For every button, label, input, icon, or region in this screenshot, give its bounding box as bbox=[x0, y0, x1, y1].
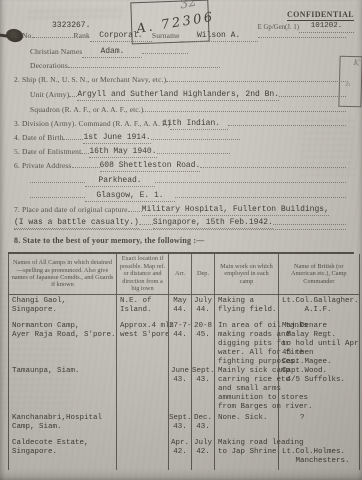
capture-value-2: Singapore, 15th Feb.1942. bbox=[153, 218, 273, 227]
table-row-2-work: In area of oil tanks making roads and di… bbox=[214, 320, 278, 365]
column-header-camps: Names of All Camps in which detained—spe… bbox=[8, 254, 116, 295]
dotted-leader bbox=[258, 29, 346, 38]
form-line-squadron: Squadron (R. A. F., or A. A. F., etc.) bbox=[30, 103, 346, 114]
table-row-4-dep: Dec. 43. bbox=[191, 412, 214, 437]
form-line-no-rank-surname: 1. No.RankCorporal.SurnameWilson A. bbox=[14, 29, 346, 40]
table-row-1-location: N.E. of Island. bbox=[116, 295, 168, 320]
capture-note: (I was a battle casualty.) bbox=[14, 218, 139, 227]
dotted-leader: Parkhead. bbox=[85, 178, 155, 187]
table-row-4-arr: Sept. 43. bbox=[168, 412, 191, 437]
dotted-leader bbox=[151, 131, 240, 140]
division-value: 11th Indian. bbox=[162, 119, 220, 128]
bleedthrough-smudge bbox=[300, 120, 355, 180]
table-row-3-commander: Capt.Wood. 4/5 Suffolks. bbox=[278, 365, 360, 412]
address-line2-value: Parkhead. bbox=[98, 176, 141, 185]
confidential-label: CONFIDENTIAL bbox=[287, 10, 354, 21]
dotted-leader bbox=[128, 203, 142, 212]
form-line-private-address: 6. Private Address608 Shettleston Road. bbox=[14, 159, 346, 170]
dotted-leader bbox=[68, 59, 220, 68]
dotted-leader: Glasgow, E. 1. bbox=[85, 193, 175, 202]
column-header-work: Main work on which employed in each camp bbox=[214, 254, 278, 295]
dotted-leader bbox=[200, 159, 346, 168]
form-line-division: 3. Division (Army). Command (R. A. F., A… bbox=[14, 117, 346, 128]
dotted-leader: 1st June 1914. bbox=[83, 135, 150, 144]
form-line-unit: Unit (Army)Argyll and Sutherland Highlan… bbox=[30, 88, 346, 99]
column-header-arr: Arr. bbox=[168, 254, 191, 295]
table-row-1-dep: July 44. bbox=[191, 295, 214, 320]
unit-label: Unit (Army) bbox=[30, 90, 69, 99]
enlistment-value: 16th May 1940. bbox=[89, 147, 156, 156]
table-row-1-camp: Changi Gaol, Singapore. bbox=[8, 295, 116, 320]
dotted-separator bbox=[14, 228, 346, 230]
division-label: 3. Division (Army). Command (R. A. F., A… bbox=[14, 119, 170, 128]
ship-label: 2. Ship (R. N., U. S. N., or Merchant Na… bbox=[14, 75, 166, 84]
date-of-birth-label: 4. Date of Birth bbox=[14, 133, 63, 142]
form-line-date-of-birth: 4. Date of Birth1st June 1914. bbox=[14, 131, 240, 142]
table-row-3-dep: Sept. 43. bbox=[191, 365, 214, 412]
dotted-leader bbox=[139, 216, 153, 225]
dotted-leader: Wilson A. bbox=[180, 33, 258, 42]
dotted-leader bbox=[142, 45, 188, 54]
table-row-1-work: Making a flying field. bbox=[214, 295, 278, 320]
dotted-leader bbox=[155, 174, 346, 183]
table-row-3-camp: Tamaunpa, Siam. bbox=[8, 365, 116, 412]
table-row-2-arr: 27-7- 44. bbox=[168, 320, 191, 365]
form-line-address-2: Parkhead. bbox=[30, 174, 346, 185]
document-page: CONFIDENTIAL E Gp/Gen(J. 1)101202. A. 72… bbox=[0, 0, 362, 480]
camps-table: Names of All Camps in which detained—spe… bbox=[8, 252, 354, 470]
dotted-leader bbox=[72, 159, 100, 168]
form-line-capture-2: (I was a battle casualty.)Singapore, 15t… bbox=[14, 216, 346, 227]
table-row-3-work: Mainly sick camp carring rice etc and sm… bbox=[214, 365, 278, 412]
dotted-leader: Adam. bbox=[82, 49, 142, 58]
dotted-leader: 11th Indian. bbox=[170, 121, 228, 130]
dotted-leader bbox=[63, 131, 83, 140]
rank-label: Rank bbox=[73, 31, 89, 40]
squadron-label: Squadron (R. A. F., or A. A. F., etc.) bbox=[30, 105, 143, 114]
column-header-location: Exact location if possible. Map ref. or … bbox=[116, 254, 168, 295]
form-line-address-3: Glasgow, E. 1. bbox=[30, 189, 346, 200]
dotted-leader bbox=[143, 103, 346, 112]
column-header-commander: Name of British (or American etc.), Camp… bbox=[278, 254, 360, 295]
christian-names-value: Adam. bbox=[100, 47, 124, 56]
table-row-3-location bbox=[116, 365, 168, 412]
dotted-leader bbox=[166, 73, 346, 82]
unit-value: Argyll and Sutherland Highlanders, 2nd B… bbox=[77, 90, 279, 99]
table-row-2-camp: Normanton Camp, Ayer Raja Road, S'pore. bbox=[8, 320, 116, 365]
table-row-4-camp: Kanchanabri,Hospital Camp, Siam. bbox=[8, 412, 116, 437]
table-row-5-camp: Caldecote Estate, Singapore. bbox=[8, 437, 116, 470]
table-row-2-dep: 20-8 45. bbox=[191, 320, 214, 365]
dotted-leader: Argyll and Sutherland Highlanders, 2nd B… bbox=[77, 92, 279, 101]
date-of-birth-value: 1st June 1914. bbox=[83, 133, 150, 142]
dotted-leader bbox=[30, 174, 85, 183]
capture-value: Military Hospital, Fullerton Buildings, bbox=[142, 205, 329, 214]
dotted-leader bbox=[69, 88, 77, 97]
dotted-leader bbox=[228, 117, 346, 126]
edge-stamp-mark: Ƙ bbox=[353, 58, 360, 68]
dotted-leader bbox=[30, 189, 85, 198]
dotted-leader bbox=[273, 216, 346, 225]
private-address-label: 6. Private Address bbox=[14, 161, 72, 170]
capture-label: 7. Place and date of original capture bbox=[14, 205, 128, 214]
table-row-5-dep: July 42. bbox=[191, 437, 214, 470]
no-label: 1. No. bbox=[14, 31, 33, 40]
table-row-5-location bbox=[116, 437, 168, 470]
dotted-leader: 608 Shettleston Road. bbox=[100, 163, 201, 172]
table-row-3-arr: June 43. bbox=[168, 365, 191, 412]
table-row-5-commander: Lt.Col.Holmes. Manchesters. bbox=[278, 437, 360, 470]
item8-heading: 8. State to the best of your memory, the… bbox=[14, 236, 204, 245]
dotted-leader bbox=[175, 189, 346, 198]
dotted-leader bbox=[81, 145, 89, 154]
form-line-capture: 7. Place and date of original captureMil… bbox=[14, 203, 346, 214]
decorations-label: Decorations bbox=[30, 61, 68, 70]
table-row-4-location bbox=[116, 412, 168, 437]
surname-label: Surname bbox=[152, 31, 180, 40]
table-row-5-arr: Apr. 42. bbox=[168, 437, 191, 470]
dotted-leader bbox=[33, 29, 73, 38]
form-line-christian-names: Christian NamesAdam. bbox=[30, 45, 188, 56]
dotted-leader bbox=[157, 145, 230, 154]
dotted-leader: Military Hospital, Fullerton Buildings, bbox=[142, 207, 329, 216]
table-row-5-work: Making road leading to Jap Shrine. bbox=[214, 437, 278, 470]
address-line3-value: Glasgow, E. 1. bbox=[96, 191, 163, 200]
dotted-leader: Corporal. bbox=[90, 33, 152, 42]
private-address-value: 608 Shettleston Road. bbox=[100, 161, 201, 170]
christian-names-label: Christian Names bbox=[30, 47, 82, 56]
table-row-4-work: None. Sick. bbox=[214, 412, 278, 437]
table-row-1-arr: May 44. bbox=[168, 295, 191, 320]
enlistment-label: 5. Date of Enlistment bbox=[14, 147, 81, 156]
column-header-dep: Dep. bbox=[191, 254, 214, 295]
dotted-leader: 16th May 1940. bbox=[89, 149, 156, 158]
surname-value: Wilson A. bbox=[197, 31, 240, 40]
table-row-1-commander: Lt.Col.Gallagher. A.I.F. bbox=[278, 295, 360, 320]
table-row-2-location: Approx.4 mls west S'pore bbox=[116, 320, 168, 365]
table-row-4-commander: ? bbox=[278, 412, 360, 437]
form-line-decorations: Decorations bbox=[30, 59, 220, 70]
form-line-enlistment: 5. Date of Enlistment16th May 1940. bbox=[14, 145, 230, 156]
dotted-leader bbox=[279, 88, 346, 97]
rank-value: Corporal. bbox=[99, 31, 142, 40]
table-row-2-commander: Maj.Denare Malay Regt. to hold until Apr… bbox=[278, 320, 360, 365]
form-line-ship: 2. Ship (R. N., U. S. N., or Merchant Na… bbox=[14, 73, 346, 84]
